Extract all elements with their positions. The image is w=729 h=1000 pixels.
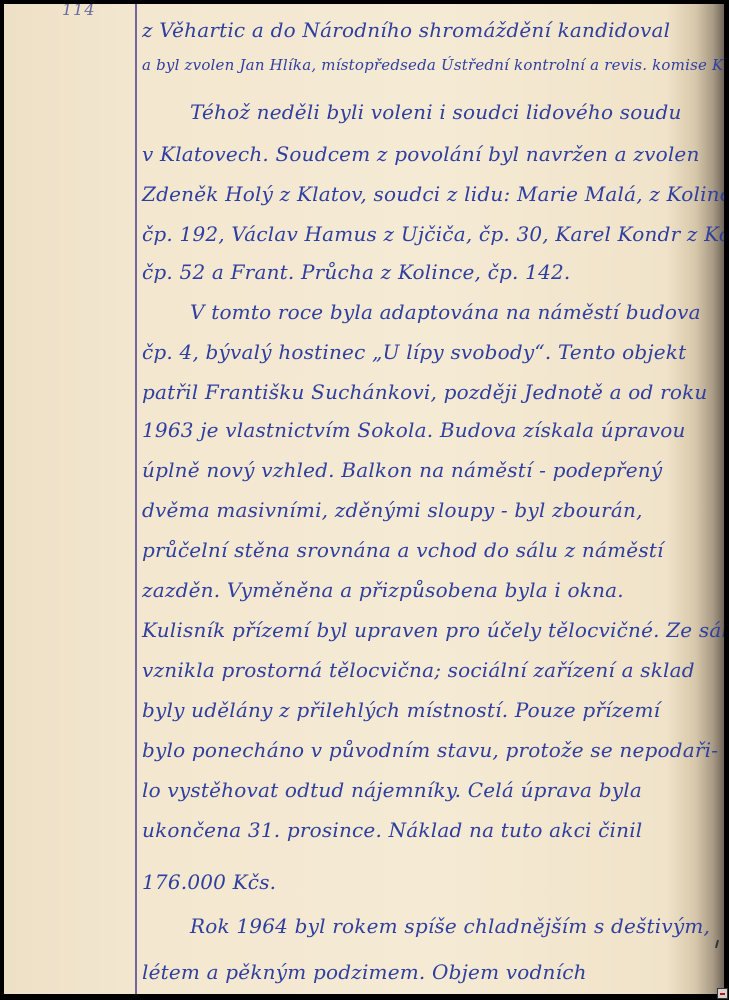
text-line: Téhož neděli byli voleni i soudci lidové… bbox=[190, 100, 682, 124]
text-line: čp. 52 a Frant. Průcha z Kolince, čp. 14… bbox=[142, 260, 570, 284]
text-line: bylo ponecháno v původním stavu, protože… bbox=[142, 738, 718, 762]
text-line: čp. 192, Václav Hamus z Ujčiča, čp. 30, … bbox=[142, 222, 724, 246]
text-line: 1963 je vlastnictvím Sokola. Budova získ… bbox=[142, 418, 686, 442]
text-line: Kulisník přízemí byl upraven pro účely t… bbox=[142, 618, 724, 642]
text-line: v Klatovech. Soudcem z povolání byl navr… bbox=[142, 142, 700, 166]
text-line: 176.000 Kčs. bbox=[142, 870, 276, 894]
page-number: 114 bbox=[62, 4, 96, 19]
text-line: průčelní stěna srovnána a vchod do sálu … bbox=[142, 538, 664, 562]
margin-rule bbox=[135, 4, 137, 994]
text-line: létem a pěkným podzimem. Objem vodních bbox=[142, 960, 587, 984]
minimize-icon[interactable] bbox=[717, 988, 728, 999]
text-line: zazděn. Vyměněna a přizpůsobena byla i o… bbox=[142, 578, 624, 602]
text-line: byly udělány z přilehlých místností. Pou… bbox=[142, 698, 660, 722]
text-line: z Věhartic a do Národního shromáždění ka… bbox=[142, 18, 670, 42]
text-line: a byl zvolen Jan Hlíka, místopředseda Ús… bbox=[142, 56, 724, 74]
text-line: úplně nový vzhled. Balkon na náměstí - p… bbox=[142, 458, 662, 482]
text-line: dvěma masivními, zděnými sloupy - byl zb… bbox=[142, 498, 643, 522]
text-line: V tomto roce byla adaptována na náměstí … bbox=[190, 300, 701, 324]
text-line: Rok 1964 byl rokem spíše chladnějším s d… bbox=[190, 914, 710, 938]
notebook-page: 114 z Věhartic a do Národního shromážděn… bbox=[4, 4, 724, 994]
text-line: vznikla prostorná tělocvična; sociální z… bbox=[142, 658, 695, 682]
text-line: čp. 4, bývalý hostinec „U lípy svobody“.… bbox=[142, 340, 686, 364]
text-line: Zdeněk Holý z Klatov, soudci z lidu: Mar… bbox=[142, 182, 724, 206]
text-line: patřil Františku Suchánkovi, později Jed… bbox=[142, 380, 707, 404]
text-line: ukončena 31. prosince. Náklad na tuto ak… bbox=[142, 818, 642, 842]
text-line: lo vystěhovat odtud nájemníky. Celá úpra… bbox=[142, 778, 642, 802]
